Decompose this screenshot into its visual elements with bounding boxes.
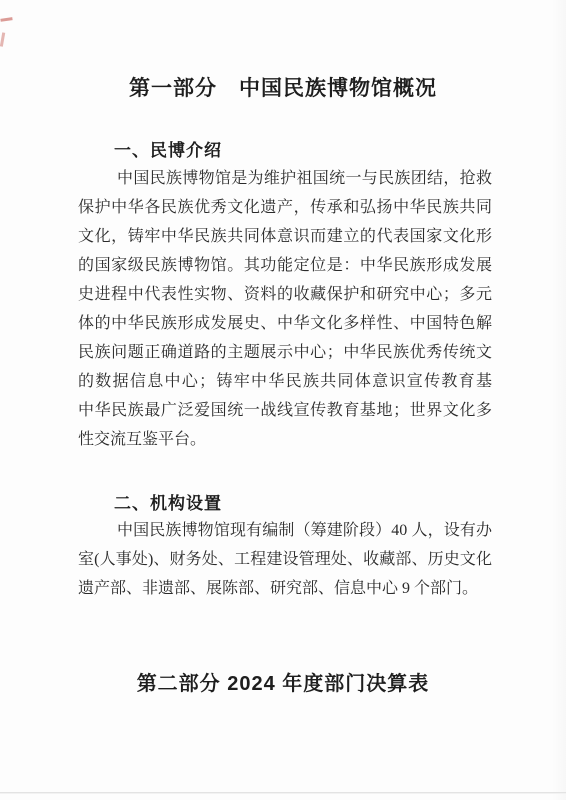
- section1-heading: 一、民博介绍: [114, 136, 222, 161]
- paragraph-line: 的国家级民族博物馆。其功能定位是：中华民族形成发展历: [78, 251, 492, 280]
- red-pen-mark: [0, 10, 13, 22]
- paragraph-line: 文化，铸牢中华民族共同体意识而建立的代表国家文化形象: [78, 222, 492, 251]
- section2-heading: 二、机构设置: [114, 489, 222, 514]
- paragraph-line: 的数据信息中心；铸牢中华民族共同体意识宣传教育基地；: [78, 367, 492, 396]
- part2-title: 第二部分 2024 年度部门决算表: [0, 667, 566, 696]
- scan-shadow: [552, 0, 566, 800]
- paragraph-line: 民族问题正确道路的主题展示中心；中华民族优秀传统文化: [78, 338, 492, 367]
- section2-paragraph: 中国民族博物馆现有编制（筹建阶段）40 人，设有办公室(人事处)、财务处、工程建…: [78, 516, 492, 603]
- paragraph-line: 性交流互鉴平台。: [78, 425, 492, 454]
- paragraph-line: 保护中华各民族优秀文化遗产，传承和弘扬中华民族共同体: [78, 193, 492, 222]
- section1-paragraph: 中国民族博物馆是为维护祖国统一与民族团结，抢救和保护中华各民族优秀文化遗产，传承…: [78, 164, 492, 454]
- scanned-document-page: 第一部分 中国民族博物馆概况 一、民博介绍 中国民族博物馆是为维护祖国统一与民族…: [0, 0, 566, 800]
- red-pen-mark: [0, 32, 10, 47]
- paragraph-line: 史进程中代表性实物、资料的收藏保护和研究中心；多元一: [78, 280, 492, 309]
- paragraph-line: 中国民族博物馆是为维护祖国统一与民族团结，抢救和: [78, 164, 492, 193]
- paragraph-line: 遗产部、非遗部、展陈部、研究部、信息中心 9 个部门。: [78, 574, 492, 603]
- paragraph-line: 中国民族博物馆现有编制（筹建阶段）40 人，设有办公: [78, 516, 492, 545]
- scan-bottom-edge: [0, 792, 566, 793]
- paragraph-line: 中华民族最广泛爱国统一战线宣传教育基地；世界文化多样: [78, 396, 492, 425]
- paragraph-line: 室(人事处)、财务处、工程建设管理处、收藏部、历史文化: [78, 545, 492, 574]
- paragraph-line: 体的中华民族形成发展史、中华文化多样性、中国特色解决: [78, 309, 492, 338]
- part1-title: 第一部分 中国民族博物馆概况: [0, 72, 566, 102]
